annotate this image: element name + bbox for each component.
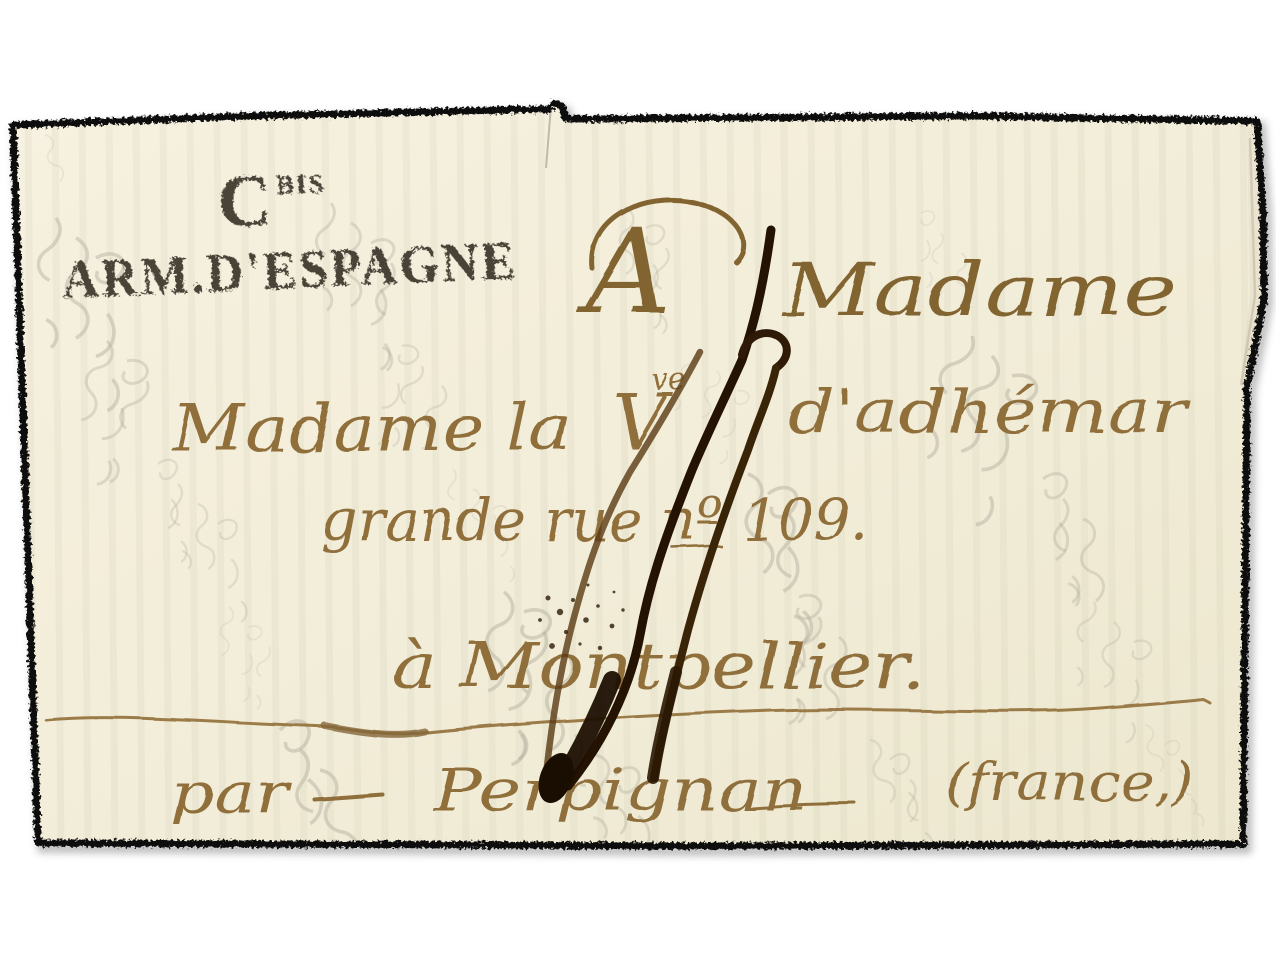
routing-word: par (170, 761, 292, 826)
routing-town: Perpignan (432, 756, 808, 824)
address-line2-name: d'adhémar (787, 377, 1191, 447)
letter-scan: A Madame Madame la V ve d'adhémar grande… (0, 0, 1276, 956)
postmark-line1-superscript: BIS (275, 168, 326, 200)
address-line4: à Montpellier. (392, 630, 925, 704)
letter-scan-scene: A Madame Madame la V ve d'adhémar grande… (0, 0, 1276, 956)
postmark-line1-main: C (216, 160, 273, 244)
routing-country-note: (france,) (945, 753, 1195, 813)
address-line1-word: Madame (780, 248, 1177, 332)
address-line2-start: Madame la (171, 392, 572, 466)
address-line1-prefix: A (576, 202, 670, 340)
